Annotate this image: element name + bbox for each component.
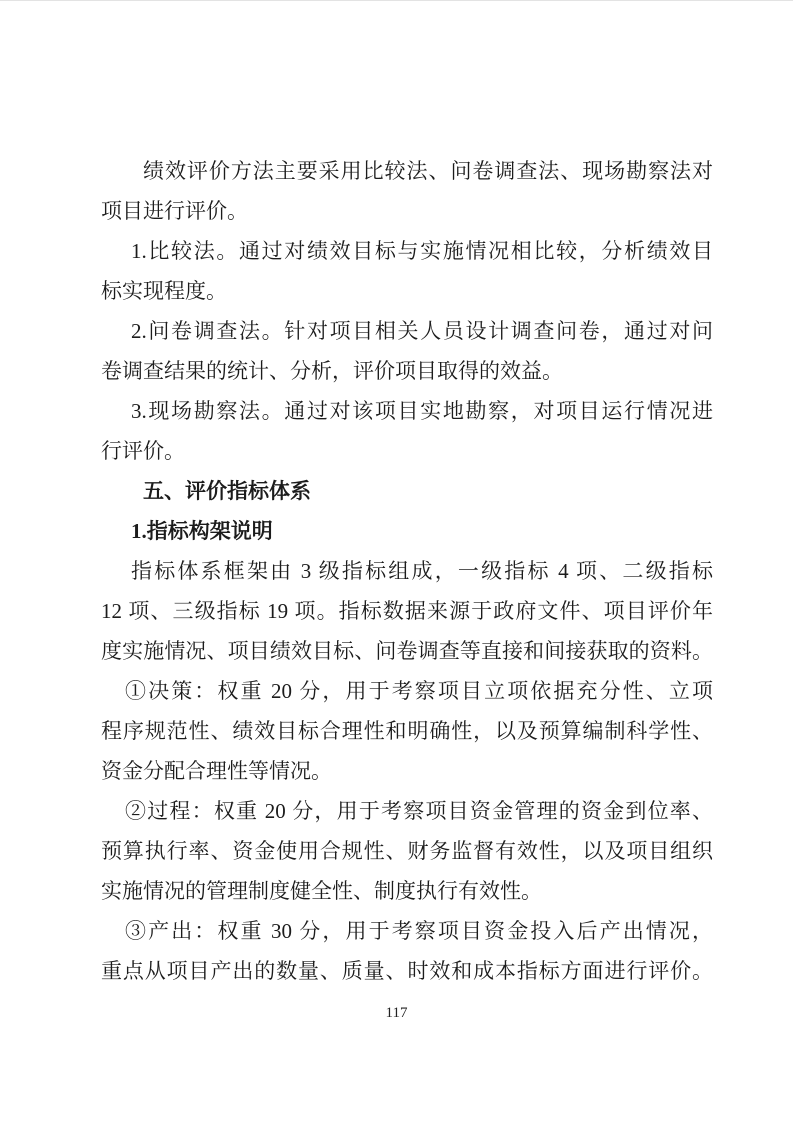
paragraph-sub-heading-1: 1.指标构架说明 <box>101 511 713 551</box>
text-line: 度实施情况、项目绩效目标、问卷调查等直接和间接获取的资料。 <box>101 631 713 671</box>
text-line: ①决策：权重 20 分，用于考察项目立项依据充分性、立项 <box>101 671 713 711</box>
text-line: 1.指标构架说明 <box>101 511 713 551</box>
paragraph-evaluation-methods-intro: 绩效评价方法主要采用比较法、问卷调查法、现场勘察法对项目进行评价。 <box>101 151 713 231</box>
text-line: 12 项、三级指标 19 项。指标数据来源于政府文件、项目评价年 <box>101 591 713 631</box>
paragraph-indicator-1-decision: ①决策：权重 20 分，用于考察项目立项依据充分性、立项程序规范性、绩效目标合理… <box>101 671 713 791</box>
text-line: 2.问卷调查法。针对项目相关人员设计调查问卷，通过对问 <box>101 311 713 351</box>
text-line: 3.现场勘察法。通过对该项目实地勘察，对项目运行情况进 <box>101 391 713 431</box>
text-line: 重点从项目产出的数量、质量、时效和成本指标方面进行评价。 <box>101 951 713 991</box>
text-line: 行评价。 <box>101 431 713 471</box>
paragraph-section-heading-5: 五、评价指标体系 <box>101 471 713 511</box>
text-line: ②过程：权重 20 分，用于考察项目资金管理的资金到位率、 <box>101 791 713 831</box>
paragraph-indicator-framework: 指标体系框架由 3 级指标组成，一级指标 4 项、二级指标12 项、三级指标 1… <box>101 551 713 671</box>
paragraph-method-1-comparison: 1.比较法。通过对绩效目标与实施情况相比较，分析绩效目标实现程度。 <box>101 231 713 311</box>
document-page: 绩效评价方法主要采用比较法、问卷调查法、现场勘察法对项目进行评价。1.比较法。通… <box>0 0 793 1122</box>
text-line: 预算执行率、资金使用合规性、财务监督有效性，以及项目组织 <box>101 831 713 871</box>
text-line: 五、评价指标体系 <box>101 471 713 511</box>
text-line: 资金分配合理性等情况。 <box>101 751 713 791</box>
text-line: 1.比较法。通过对绩效目标与实施情况相比较，分析绩效目 <box>101 231 713 271</box>
paragraph-indicator-3-output: ③产出：权重 30 分，用于考察项目资金投入后产出情况，重点从项目产出的数量、质… <box>101 911 713 991</box>
text-line: ③产出：权重 30 分，用于考察项目资金投入后产出情况， <box>101 911 713 951</box>
paragraph-indicator-2-process: ②过程：权重 20 分，用于考察项目资金管理的资金到位率、预算执行率、资金使用合… <box>101 791 713 911</box>
text-line: 绩效评价方法主要采用比较法、问卷调查法、现场勘察法对 <box>101 151 713 191</box>
text-line: 标实现程度。 <box>101 271 713 311</box>
text-line: 指标体系框架由 3 级指标组成，一级指标 4 项、二级指标 <box>101 551 713 591</box>
text-line: 项目进行评价。 <box>101 191 713 231</box>
text-line: 实施情况的管理制度健全性、制度执行有效性。 <box>101 871 713 911</box>
paragraph-method-2-questionnaire: 2.问卷调查法。针对项目相关人员设计调查问卷，通过对问卷调查结果的统计、分析，评… <box>101 311 713 391</box>
document-body: 绩效评价方法主要采用比较法、问卷调查法、现场勘察法对项目进行评价。1.比较法。通… <box>101 151 713 991</box>
text-line: 程序规范性、绩效目标合理性和明确性，以及预算编制科学性、 <box>101 711 713 751</box>
page-number: 117 <box>0 999 793 1027</box>
text-line: 卷调查结果的统计、分析，评价项目取得的效益。 <box>101 351 713 391</box>
paragraph-method-3-site-survey: 3.现场勘察法。通过对该项目实地勘察，对项目运行情况进行评价。 <box>101 391 713 471</box>
